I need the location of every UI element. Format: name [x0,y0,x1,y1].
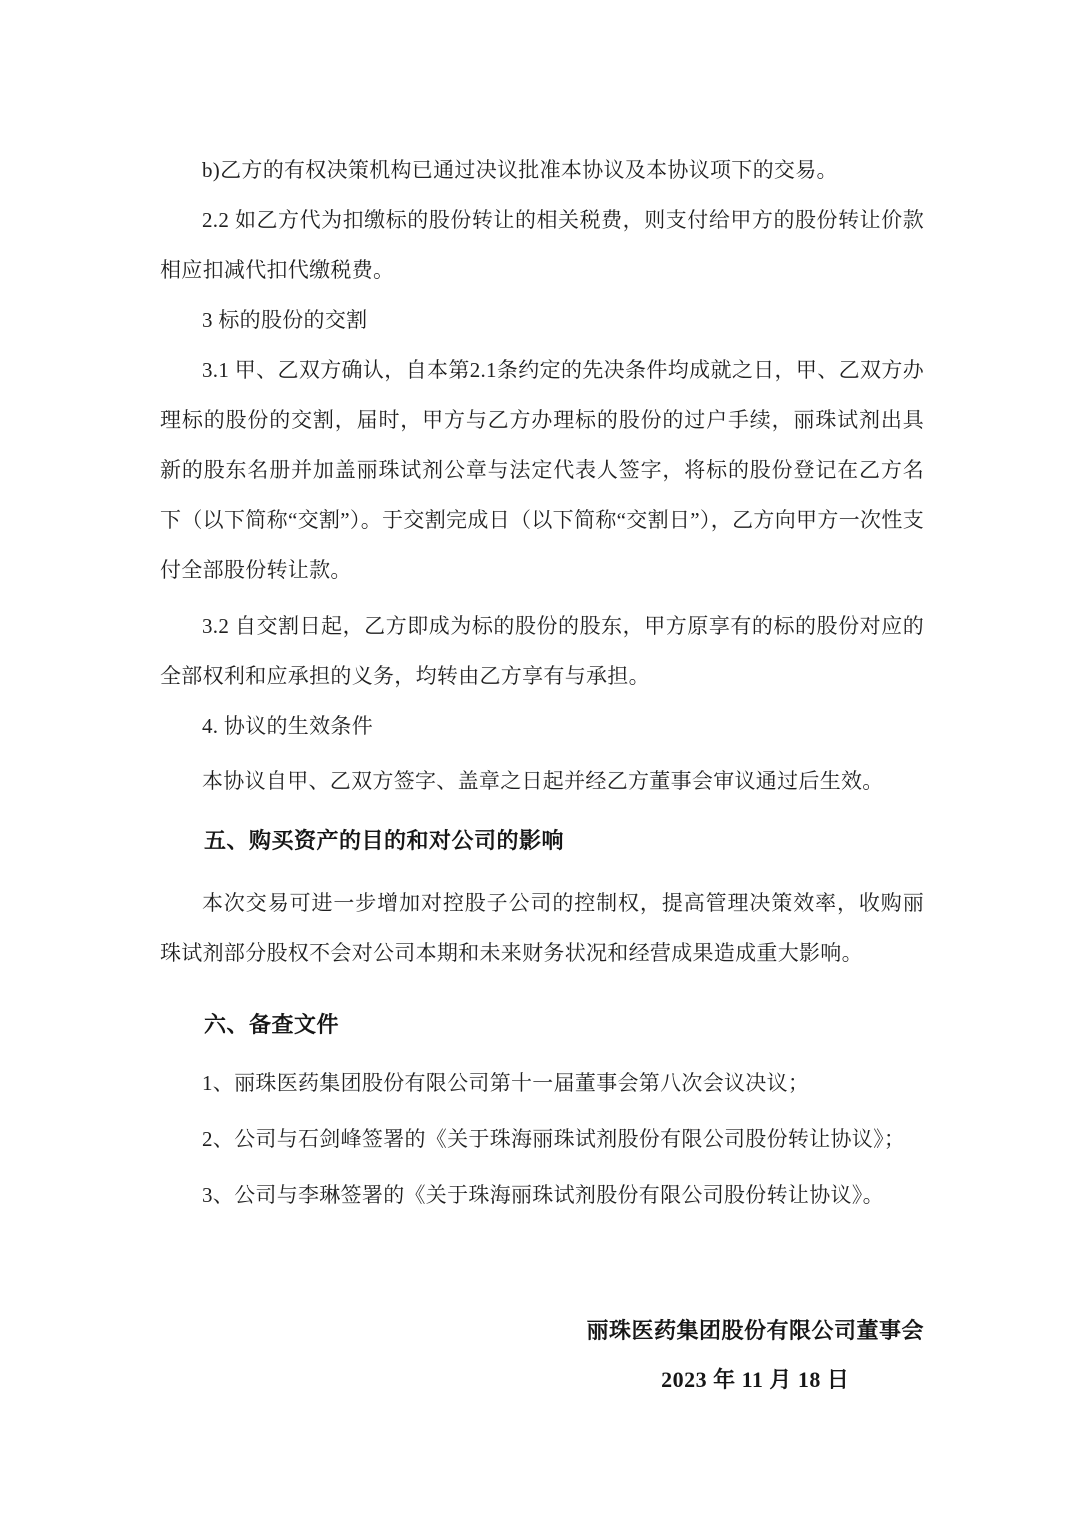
paragraph-clause-b: b)乙方的有权决策机构已通过决议批准本协议及本协议项下的交易。 [160,145,924,195]
reference-doc-item: 2、公司与石剑峰签署的《关于珠海丽珠试剂股份有限公司股份转让协议》； [160,1114,924,1164]
document-content: b)乙方的有权决策机构已通过决议批准本协议及本协议项下的交易。 2.2 如乙方代… [160,145,924,1404]
section-6-heading: 六、备查文件 [160,1000,924,1050]
paragraph-clause-4-body: 本协议自甲、乙双方签字、盖章之日起并经乙方董事会审议通过后生效。 [160,756,924,806]
signature-block: 丽珠医药集团股份有限公司董事会 2023 年 11 月 18 日 [586,1306,924,1404]
reference-doc-item: 1、丽珠医药集团股份有限公司第十一届董事会第八次会议决议； [160,1058,924,1108]
signature-company-name: 丽珠医药集团股份有限公司董事会 [586,1306,924,1356]
section-5-body: 本次交易可进一步增加对控股子公司的控制权，提高管理决策效率，收购丽珠试剂部分股权… [160,878,924,978]
section-5-heading: 五、购买资产的目的和对公司的影响 [160,816,924,866]
paragraph-clause-3-1: 3.1 甲、乙双方确认，自本第2.1条约定的先决条件均成就之日，甲、乙双方办理标… [160,345,924,595]
paragraph-clause-3-title: 3 标的股份的交割 [160,295,924,345]
document-page: b)乙方的有权决策机构已通过决议批准本协议及本协议项下的交易。 2.2 如乙方代… [0,0,1080,1527]
paragraph-clause-2-2: 2.2 如乙方代为扣缴标的股份转让的相关税费，则支付给甲方的股份转让价款相应扣减… [160,195,924,295]
paragraph-clause-3-2: 3.2 自交割日起，乙方即成为标的股份的股东，甲方原享有的标的股份对应的全部权利… [160,601,924,701]
paragraph-clause-4-title: 4. 协议的生效条件 [160,701,924,751]
reference-doc-item: 3、公司与李琳签署的《关于珠海丽珠试剂股份有限公司股份转让协议》。 [160,1170,924,1220]
signature-date: 2023 年 11 月 18 日 [586,1356,924,1404]
